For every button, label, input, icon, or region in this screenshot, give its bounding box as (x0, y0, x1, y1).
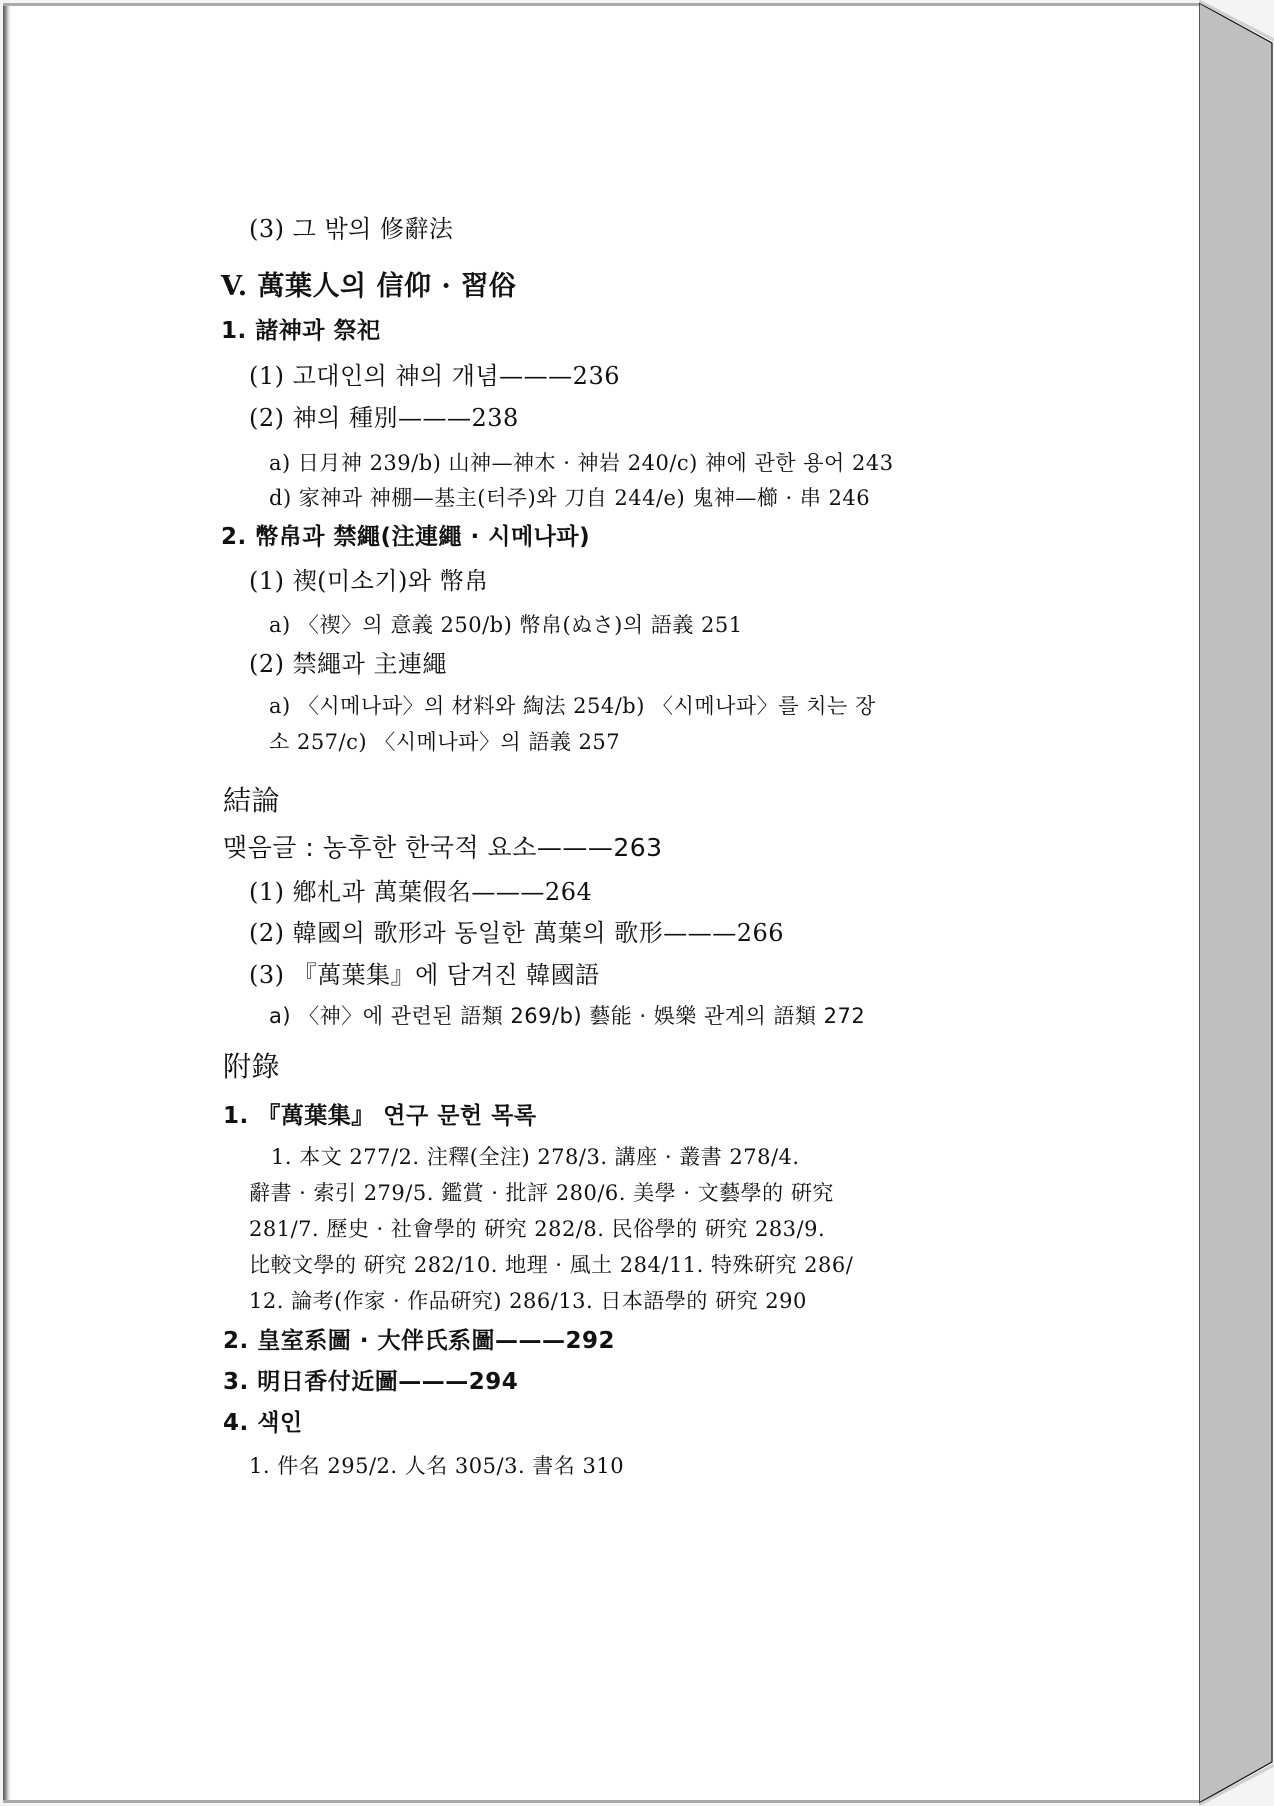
table-of-contents: (3) 그 밖의 修辭法 V. 萬葉人의 信仰 · 習俗 1. 諸神과 祭祀 (… (3, 6, 1199, 1806)
toc-section: 2. 幣帛과 禁繩(注連繩 · 시메나파) (221, 521, 590, 553)
toc-section: 3. 明日香付近圖———294 (223, 1366, 518, 1398)
book-spine-edge (1199, 0, 1274, 1806)
toc-subsection: (2) 禁繩과 主連繩 (249, 648, 447, 680)
toc-part-heading: 附錄 (223, 1051, 280, 1083)
toc-subsection: (1) 禊(미소기)와 幣帛 (249, 565, 489, 597)
toc-section: 2. 皇室系圖 · 大伴氏系圖———292 (223, 1325, 615, 1357)
book-spine-shape (1199, 0, 1274, 1806)
toc-subsection: (1) 鄕札과 萬葉假名———264 (249, 876, 592, 908)
toc-chapter-heading: V. 萬葉人의 信仰 · 習俗 (221, 271, 516, 303)
toc-section: 4. 색인 (223, 1407, 303, 1439)
toc-items: 比較文學的 硏究 282/10. 地理 · 風土 284/11. 特殊硏究 28… (249, 1249, 853, 1281)
toc-items: 1. 本文 277/2. 注釋(全注) 278/3. 講座 · 叢書 278/4… (271, 1141, 800, 1173)
toc-items: 소 257/c) 〈시메나파〉의 語義 257 (269, 726, 620, 758)
toc-subsection: (3) 『萬葉集』에 담겨진 韓國語 (249, 959, 600, 991)
toc-section: 1. 諸神과 祭祀 (221, 315, 380, 347)
toc-part-heading: 結論 (223, 785, 280, 817)
toc-subsection: (2) 神의 種別———238 (249, 402, 519, 434)
book-page: (3) 그 밖의 修辭法 V. 萬葉人의 信仰 · 習俗 1. 諸神과 祭祀 (… (3, 3, 1199, 1803)
toc-items: a) 〈神〉에 관련된 語類 269/b) 藝能 · 娛樂 관계의 語類 272 (269, 1000, 865, 1032)
toc-items: a) 〈시메나파〉의 材料와 綯法 254/b) 〈시메나파〉를 치는 장 (269, 690, 876, 722)
toc-subsection: (3) 그 밖의 修辭法 (249, 213, 453, 245)
toc-subsection: (2) 韓國의 歌形과 동일한 萬葉의 歌形———266 (249, 917, 784, 949)
toc-section: 1. 『萬葉集』 연구 문헌 목록 (223, 1100, 537, 1132)
toc-section: 맺음글 : 농후한 한국적 요소———263 (223, 832, 663, 864)
toc-items: a) 日月神 239/b) 山神—神木 · 神岩 240/c) 神에 관한 용어… (269, 447, 894, 479)
toc-items: 1. 件名 295/2. 人名 305/3. 書名 310 (249, 1450, 624, 1482)
toc-items: 辭書 · 索引 279/5. 鑑賞 · 批評 280/6. 美學 · 文藝學的 … (249, 1177, 834, 1209)
toc-items: 281/7. 歷史 · 社會學的 硏究 282/8. 民俗學的 硏究 283/9… (249, 1213, 825, 1245)
toc-items: 12. 論考(作家 · 作品硏究) 286/13. 日本語學的 硏究 290 (249, 1285, 807, 1317)
toc-items: d) 家神과 神棚—基主(터주)와 刀自 244/e) 鬼神—櫛 · 串 246 (269, 482, 870, 514)
toc-subsection: (1) 고대인의 神의 개념———236 (249, 360, 620, 392)
toc-items: a) 〈禊〉의 意義 250/b) 幣帛(ぬさ)의 語義 251 (269, 609, 743, 641)
